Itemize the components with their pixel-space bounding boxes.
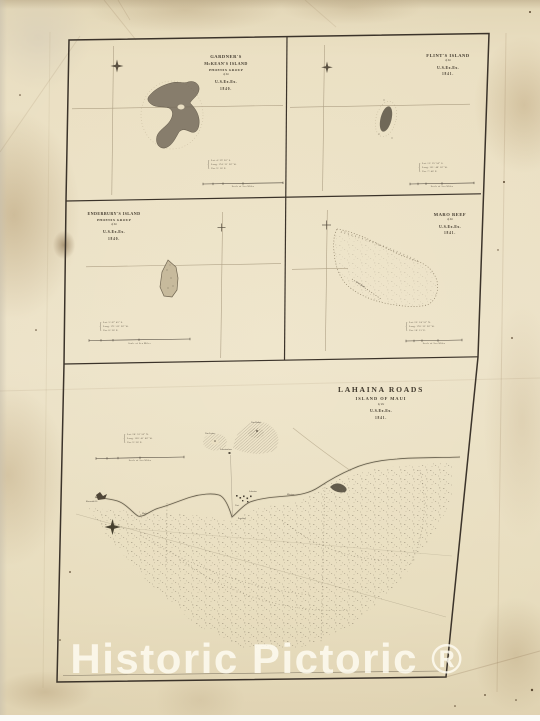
title-line: MARO REEF [410,211,490,218]
scale-caption: Scale of Sea Miles [410,186,474,188]
position-note-maro: { Lat. 25° 24' 55" N. Long. 170° 35' 20"… [404,321,435,333]
bottom-edge [0,715,540,721]
compass-star-icon [321,62,333,74]
lagoon [178,105,185,110]
chart-title-flint: FLINT'S ISLAND of the U.S.Ex.Ex. 1841. [408,52,488,78]
chart-title-gardner: GARDNER'S McKEAN'S ISLAND PHOENIX GROUP … [184,53,268,93]
position-note-lahaina: { Lat. 20° 52' 10" N. Long. 156° 41' 00"… [122,433,153,445]
compass-star-icon [111,60,124,73]
note-row: Var. 10° 15' E. [409,329,435,333]
school-mark [229,452,231,454]
title-line: U.S.Ex.Ex. [410,223,490,230]
brace: { [418,163,421,174]
antique-map-sheet: GARDNER'S McKEAN'S ISLAND PHOENIX GROUP … [0,0,540,721]
title-line: 1840. [184,86,268,93]
label-fort: Fort [235,505,239,507]
title-line: U.S.Ex.Ex. [74,228,154,235]
label-point: Keawaiki Pt. [86,501,98,503]
label-landing: Landing [238,518,246,520]
note-row: Var. 9° 10' E. [211,167,237,171]
scale-caption: Scale of Sea Miles [89,343,190,345]
note-row: Var. 7° 40' E. [422,170,448,174]
watermark: Historic Pictoric ® [0,636,534,682]
title-line: 1841. [331,415,431,422]
title-line: 1840. [74,236,154,243]
brace: { [405,322,408,333]
title-line: 1841. [408,71,488,78]
label-peak1: Puu Laina [205,433,215,435]
brace: { [99,322,102,333]
label-town: Lahaina [249,491,257,493]
ridge-line [293,428,351,471]
road-to-school [231,455,233,516]
chart-title-lahaina: LAHAINA ROADS ISLAND OF MAUI by the U.S.… [331,385,431,422]
title-line: U.S.Ex.Ex. [331,407,431,414]
scale-caption: Scale of Sea Miles [96,460,184,462]
label-peak2: Puu Kukui [251,422,261,424]
label-school: Lahainaluna [220,449,232,451]
title-line: U.S.Ex.Ex. [408,64,488,71]
panel-lahaina-graphics [76,422,460,650]
position-note-gardner: { Lat. 4° 39' 20" S. Long. 174° 31' 30" … [206,159,237,171]
title-line: 1841. [410,230,490,237]
brace: { [123,434,126,445]
position-note-flint: { Lat. 11° 25' 50" S. Long. 151° 48' 10"… [417,162,448,174]
title-line: ENDERBURY'S ISLAND [74,210,154,217]
label-mala: Mala [142,513,147,515]
map-linework [0,0,540,721]
position-note-enderbury: { Lat. 3° 07' 45" S. Long. 171° 05' 30" … [98,321,129,333]
scale-caption: Scale of Sea Miles [406,343,462,345]
soundings-field [88,462,452,650]
flint-island [378,105,395,133]
note-row: Var. 8° 20' E. [103,329,129,333]
title-line: FLINT'S ISLAND [408,52,488,59]
scale-caption: Scale of Sea Miles [203,186,283,188]
note-row: Var. 9° 30' E. [127,441,153,445]
chart-title-enderbury: ENDERBURY'S ISLAND PHOENIX GROUP of the … [74,210,154,242]
graticule-cross-icon [322,221,331,230]
graticule-cross-icon [218,224,226,232]
brace: { [207,160,210,171]
chart-title-maro: MARO REEF of the U.S.Ex.Ex. 1841. [410,211,490,237]
title-line: ISLAND OF MAUI [331,395,431,403]
title-line: U.S.Ex.Ex. [184,78,268,85]
title-line: LAHAINA ROADS [331,385,431,395]
label-mission: Mission [287,494,294,496]
title-line: McKEAN'S ISLAND [184,60,268,67]
maro-reef-outline [334,229,438,306]
title-line: GARDNER'S [184,53,268,60]
